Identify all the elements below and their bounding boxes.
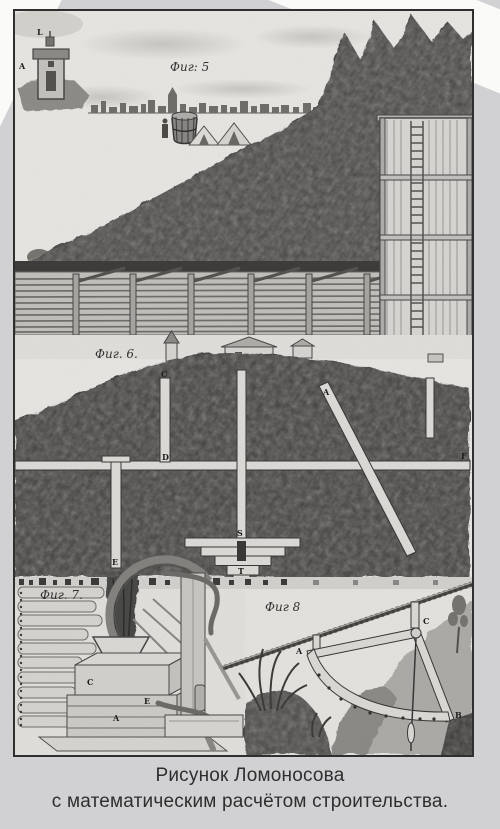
caption-line-2: с математическим расчётом строительства. (0, 789, 500, 815)
page-background: Фиг: 5 L A (0, 0, 500, 829)
caption-line-1: Рисунок Ломоносова (0, 763, 500, 789)
scan-grain-overlay (13, 9, 474, 757)
engraving-plate: Фиг: 5 L A (13, 9, 474, 757)
caption: Рисунок Ломоносова с математическим расч… (0, 763, 500, 815)
engraving-svg: Фиг: 5 L A (13, 9, 474, 757)
